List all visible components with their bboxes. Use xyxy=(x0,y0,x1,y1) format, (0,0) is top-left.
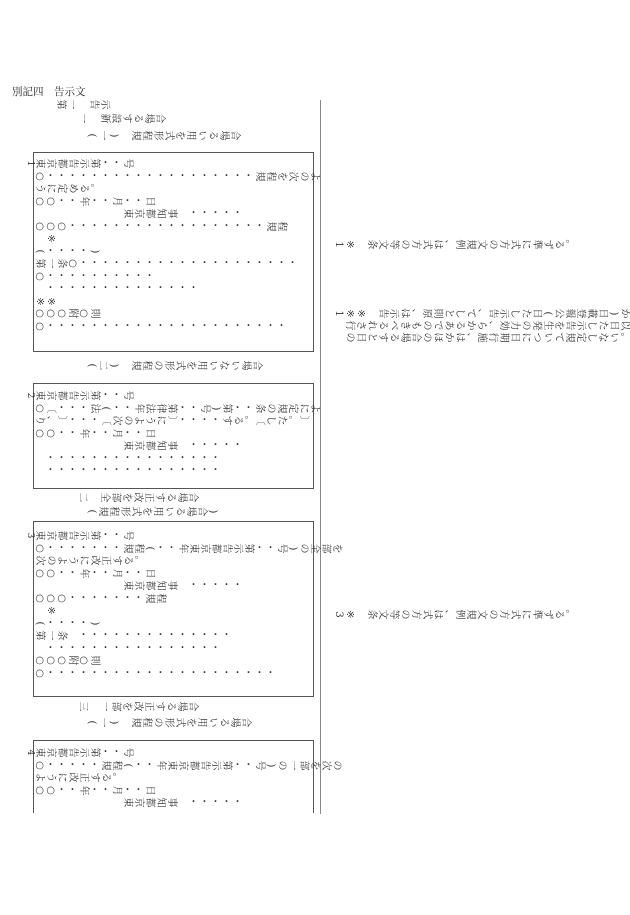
example-line: 東京都告示第・・号 xyxy=(34,158,133,170)
example-line: 東京都告示第・・号 xyxy=(34,390,133,402)
item-title: 規程形式を用いる場合 xyxy=(130,130,240,141)
example-line: ○○○・・・・・・・規程 xyxy=(34,593,166,605)
example-line: ○・・・・・・・・・・・・・・・・・・・規程を次のよ xyxy=(34,171,320,183)
example-line: ○○・・年・・月・・日 xyxy=(34,196,155,208)
example-line: 東京都告示第・・号 xyxy=(34,747,133,759)
example-line: ○・・・・・規程(・・年東京都告示第・・号)の一部を次の xyxy=(34,760,342,772)
example-line: 第一条 ・・・・・・・・・・・・・・ xyxy=(34,630,232,642)
example-line: ・・・・・・・・・・・・・・ xyxy=(34,283,199,295)
subsection-2-heading: 二 全部を改正する場合 xyxy=(44,492,209,503)
note-line: 1※ 条文等の方式は、例規文の方式に準ずる。 xyxy=(333,239,575,251)
example-line: ○○○附○則 xyxy=(34,308,100,320)
example-line: ○・・・・・・・規程(・・年東京都告示第・・号)の全部を xyxy=(34,543,342,555)
subsection-mark: 二 xyxy=(77,492,88,503)
item-mark: (二) xyxy=(86,360,119,371)
example-line: ※ xyxy=(34,233,56,245)
item-3-heading: (一) 規程の形式を用いる場合 xyxy=(53,717,262,728)
subsection-title: 全部を改正する場合 xyxy=(99,492,198,503)
example-line: ○○・・年・・月・・日 xyxy=(34,785,155,797)
example-line: 東京都知事 ・・・・・ xyxy=(34,440,243,452)
example-line: ・・・・・・・・・・・・・・・・ xyxy=(34,465,221,477)
example-line: 東京都告示第・・号 xyxy=(34,530,133,542)
item-2-heading: (二) 規程の形式を用いない場合 xyxy=(53,360,273,371)
section-heading: 第一 告示 xyxy=(22,99,121,110)
note-line: 3※ 条文等の方式は、例規文の方式に準ずる。 xyxy=(333,609,575,621)
subsection-mark: 三 xyxy=(77,701,88,712)
example-line: ・・・・・・・・・・・・・・・・ xyxy=(34,453,221,465)
example-line: ○○・・年・・月・・日 xyxy=(34,568,155,580)
subsection-mark: 一 xyxy=(77,113,88,124)
subsection-note: (規程形式を用いる場合) xyxy=(86,506,218,517)
item-title: 規程の形式を用いない場合 xyxy=(130,360,262,371)
note-line: 行されるべきものであるから、効力の発生を告示した日以外 xyxy=(333,320,630,332)
example-line: 次のように改正する。 xyxy=(34,555,144,567)
subsection-title: 新設する場合 xyxy=(99,113,165,124)
appendix-heading: 別記四 告示文 xyxy=(12,84,86,99)
note-1: 1※ 条文等の方式は、例規文の方式に準ずる。 xyxy=(333,239,575,251)
example-line: ○〔・・・法(・・年法律第・・号)第・・条の規定によ xyxy=(34,403,320,415)
example-line: ○○・・年・・月・・日 xyxy=(34,428,155,440)
example-line: (・・・・) xyxy=(34,246,100,258)
subsection-3-heading: 三 一部を改正する場合 xyxy=(44,701,209,712)
example-line: ※ xyxy=(34,605,56,617)
item-1-heading: (一) 規程形式を用いる場合 xyxy=(53,130,251,141)
example-line: 東京都知事 ・・・・・ xyxy=(34,580,243,592)
example-line: り、〕・・・〔次のように〕・・・・する。〔した。〕 xyxy=(34,415,309,427)
note-line: 1※※ 告示は、原則として、告示した日(公報登載日)から施 xyxy=(333,308,630,320)
column-divider xyxy=(320,100,321,814)
item-mark: (一) xyxy=(86,717,119,728)
example-line: (・・・・) xyxy=(34,618,100,630)
subsection-2-note: (規程形式を用いる場合) xyxy=(53,506,229,517)
note-3: 3※ 条文等の方式は、例規文の方式に準ずる。 xyxy=(333,609,575,621)
example-line: ・・・・・・・・・・・・・・・・ xyxy=(34,643,221,655)
example-line: ○○○・・・・・・・・・・・・・・・・・・規程 xyxy=(34,221,287,233)
example-line: ように改正する。 xyxy=(34,772,122,784)
example-line: ○・・・・・・・・・・ xyxy=(34,271,155,283)
example-line: ○・・・・・・・・・・・・・・・・・・・・・ xyxy=(34,668,276,680)
example-line: ※※ xyxy=(34,296,56,308)
example-line: うに定める。 xyxy=(34,183,100,195)
section-title: 告示 xyxy=(88,99,110,110)
note-1-double: 1※※ 告示は、原則として、告示した日(公報登載日)から施 行されるべきものであ… xyxy=(333,308,630,344)
appendix-title: 告示文 xyxy=(54,86,86,98)
example-line: ○○○附○則 xyxy=(34,655,100,667)
note-line: の日とする場合のほかは、施行期日について規定しない。 xyxy=(333,332,630,344)
item-mark: (一) xyxy=(86,130,119,141)
example-line: 東京都知事 ・・・・・ xyxy=(34,208,243,220)
example-line: 東京都知事 ・・・・・ xyxy=(34,797,243,809)
section-label: 第一 xyxy=(55,99,77,110)
appendix-label: 別記四 xyxy=(12,86,44,98)
example-line: 第一条○・・・・・・・・・・・・・・・・・・・・ xyxy=(34,258,298,270)
subsection-title: 一部を改正する場合 xyxy=(99,701,198,712)
subsection-1-heading: 一 新設する場合 xyxy=(44,113,176,124)
example-line: ○・・・・・・・・・・・・・・・・・・・・・・ xyxy=(34,321,287,333)
item-title: 規程の形式を用いる場合 xyxy=(130,717,251,728)
